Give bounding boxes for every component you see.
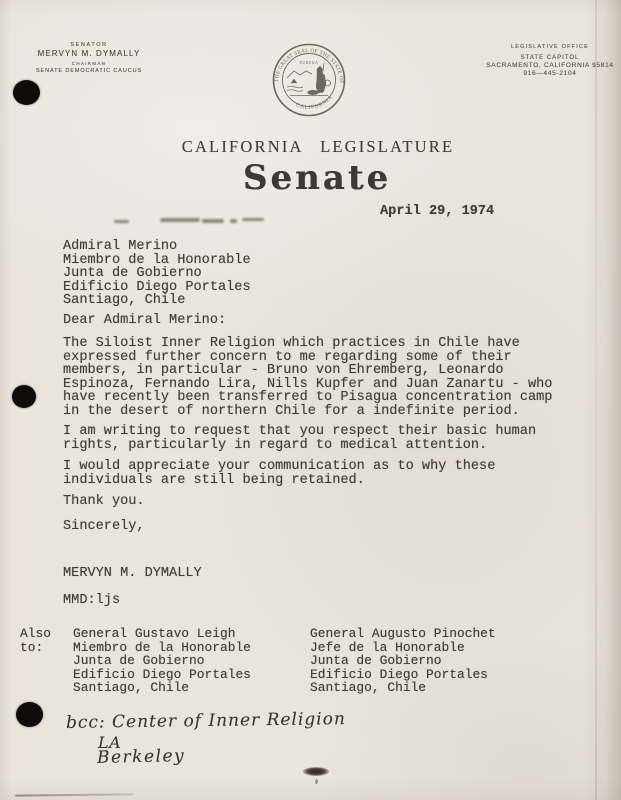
paper-crease [595, 0, 597, 800]
sender-role-label: SENATOR [33, 42, 145, 48]
letter-date: April 29, 1974 [380, 205, 494, 219]
salutation: Dear Admiral Merino: [63, 314, 226, 328]
sender-title-label: CHAIRMAN [33, 61, 145, 67]
cc-address-right: General Augusto Pinochet Jefe de la Hono… [310, 627, 496, 695]
seal-motto: EUREKA [300, 61, 319, 65]
bottom-edge-mark [15, 793, 133, 796]
svg-text:CALIFORNIA: CALIFORNIA [295, 94, 334, 111]
masthead-organization: CALIFORNIA LEGISLATURE [0, 137, 621, 157]
punch-hole-top [13, 80, 40, 105]
also-to-label: Also to: [20, 627, 51, 654]
body-paragraph-2: I am writing to request that you respect… [63, 425, 536, 452]
punch-hole-bottom [16, 702, 43, 727]
signature-name: MERVYN M. DYMALLY [63, 567, 202, 581]
sender-caucus-label: SENATE DEMOCRATIC CAUCUS [33, 68, 145, 75]
punch-hole-middle [12, 385, 36, 408]
letterhead-sender-block: SENATOR MERVYN M. DYMALLY CHAIRMAN SENAT… [33, 42, 145, 75]
masthead-chamber: Senate [0, 158, 621, 198]
thanks-line: Thank you. [63, 495, 145, 509]
scanned-letter-page: SENATOR MERVYN M. DYMALLY CHAIRMAN SENAT… [0, 0, 621, 800]
body-paragraph-1: The Siloist Inner Religion which practic… [63, 337, 552, 419]
seal-scene [287, 63, 331, 96]
letterhead-office-block: LEGISLATIVE OFFICE STATE CAPITOL SACRAME… [484, 44, 616, 78]
handwritten-berkeley-line: Berkeley [97, 746, 186, 768]
ink-blot [303, 767, 329, 776]
office-building-label: STATE CAPITOL [484, 55, 616, 62]
office-name-label: LEGISLATIVE OFFICE [484, 44, 616, 50]
recipient-address: Admiral Merino Miembro de la Honorable J… [63, 240, 251, 308]
typist-initials: MMD:ljs [63, 594, 120, 608]
body-paragraph-3: I would appreciate your communication as… [63, 460, 495, 487]
cc-address-left: General Gustavo Leigh Miembro de la Hono… [73, 627, 251, 695]
office-address-label: SACRAMENTO, CALIFORNIA 95814 [484, 62, 616, 70]
sender-name: MERVYN M. DYMALLY [33, 49, 145, 58]
seal-ring-text-bottom: CALIFORNIA [295, 94, 334, 111]
handwritten-bcc-line: bcc: Center of Inner Religion [66, 709, 346, 733]
ink-blot-tick [315, 779, 318, 784]
pencil-smudge [114, 216, 264, 226]
office-phone-label: 916—445-2104 [484, 70, 616, 78]
california-state-seal-icon: THE GREAT SEAL OF THE STATE OF CALIFORNI… [271, 42, 347, 118]
closing-line: Sincerely, [63, 520, 145, 534]
